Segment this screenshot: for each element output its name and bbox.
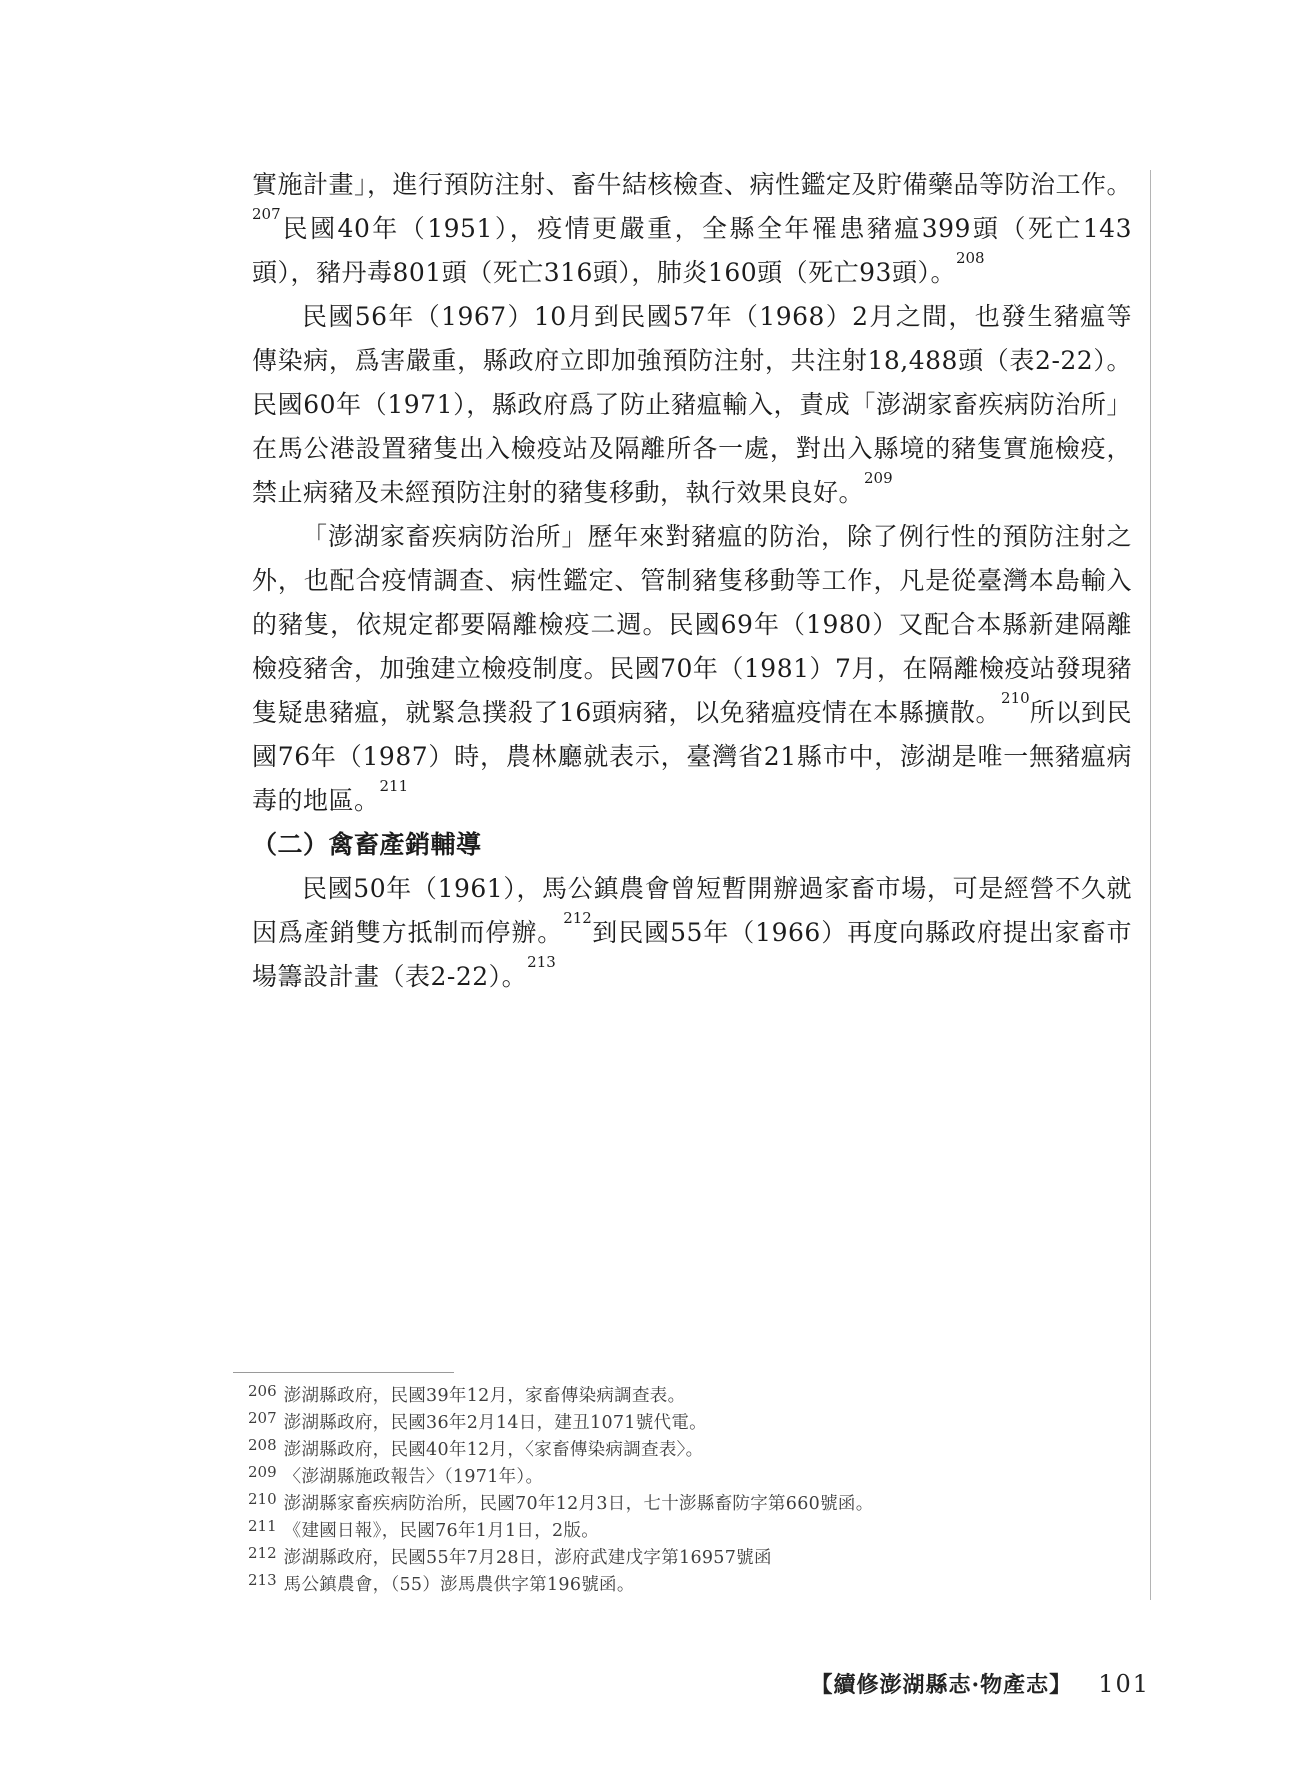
footnote-number: 211 [248,1513,277,1540]
footnote-reference: 213 [527,953,556,971]
footnote-number: 206 [248,1378,277,1405]
footnote-item: 210澎湖縣家畜疾病防治所，民國70年12月3日，七十澎縣畜防字第660號函。 [248,1491,1098,1518]
footnote-reference: 210 [1001,689,1030,707]
paragraph-text: 「澎湖家畜疾病防治所」歷年來對豬瘟的防治，除了例行性的預防注射之外，也配合疫情調… [252,522,1132,727]
footnote-text: 澎湖縣政府，民國36年2月14日，建丑1071號代電。 [284,1413,707,1433]
footnote-text: 馬公鎮農會，（55）澎馬農供字第196號函。 [284,1575,635,1595]
section-heading: （二）禽畜產銷輔導 [252,823,1132,867]
footnote-text: 澎湖縣政府，民國39年12月，家畜傳染病調查表。 [284,1386,686,1406]
page-edge-rule [1150,170,1151,1600]
paragraph: 「澎湖家畜疾病防治所」歷年來對豬瘟的防治，除了例行性的預防注射之外，也配合疫情調… [252,515,1132,823]
book-title: 【續修澎湖縣志·物產志】 [811,1672,1073,1698]
footnote-number: 207 [248,1405,277,1432]
footnote-text: 〈澎湖縣施政報告〉（1971年）。 [284,1467,544,1487]
footnote-reference: 208 [956,249,985,267]
paragraph: 實施計畫」，進行預防注射、畜牛結核檢查、病性鑑定及貯備藥品等防治工作。207民國… [252,163,1132,295]
footnote-number: 210 [248,1486,277,1513]
footnote-number: 212 [248,1540,277,1567]
footnote-number: 213 [248,1567,277,1594]
footnote-item: 209〈澎湖縣施政報告〉（1971年）。 [248,1464,1098,1491]
footnote-list: 206澎湖縣政府，民國39年12月，家畜傳染病調查表。207澎湖縣政府，民國36… [248,1383,1098,1599]
paragraph: 民國56年（1967）10月到民國57年（1968）2月之間，也發生豬瘟等傳染病… [252,295,1132,515]
footnote-text: 澎湖縣家畜疾病防治所，民國70年12月3日，七十澎縣畜防字第660號函。 [284,1494,874,1514]
page-footer: 【續修澎湖縣志·物產志】101 [0,1668,1150,1699]
footnote-item: 212澎湖縣政府，民國55年7月28日，澎府武建戊字第16957號函 [248,1545,1098,1572]
footnote-item: 206澎湖縣政府，民國39年12月，家畜傳染病調查表。 [248,1383,1098,1410]
footnote-number: 209 [248,1459,277,1486]
document-page: 實施計畫」，進行預防注射、畜牛結核檢查、病性鑑定及貯備藥品等防治工作。207民國… [0,0,1300,1779]
paragraph-text: 民國56年（1967）10月到民國57年（1968）2月之間，也發生豬瘟等傳染病… [252,302,1132,507]
page-number: 101 [1098,1670,1150,1698]
footnote-item: 213馬公鎮農會，（55）澎馬農供字第196號函。 [248,1572,1098,1599]
footnote-number: 208 [248,1432,277,1459]
footnote-reference: 207 [252,205,281,223]
paragraph-text: 民國40年（1951），疫情更嚴重，全縣全年罹患豬瘟399頭（死亡143頭），豬… [252,214,1132,287]
paragraph: 民國50年（1961），馬公鎮農會曾短暫開辦過家畜市場，可是經營不久就因爲產銷雙… [252,867,1132,999]
footnote-divider [233,1372,454,1373]
footnote-item: 208澎湖縣政府，民國40年12月，〈家畜傳染病調查表〉。 [248,1437,1098,1464]
footnote-item: 211《建國日報》，民國76年1月1日，2版。 [248,1518,1098,1545]
footnote-reference: 212 [563,909,592,927]
body-text: 實施計畫」，進行預防注射、畜牛結核檢查、病性鑑定及貯備藥品等防治工作。207民國… [252,163,1132,999]
footnote-reference: 209 [864,469,893,487]
footnote-item: 207澎湖縣政府，民國36年2月14日，建丑1071號代電。 [248,1410,1098,1437]
footnote-reference: 211 [380,777,409,795]
footnote-text: 《建國日報》，民國76年1月1日，2版。 [284,1521,599,1541]
footnote-text: 澎湖縣政府，民國40年12月，〈家畜傳染病調查表〉。 [284,1440,704,1460]
footnote-text: 澎湖縣政府，民國55年7月28日，澎府武建戊字第16957號函 [284,1548,772,1568]
paragraph-text: 實施計畫」，進行預防注射、畜牛結核檢查、病性鑑定及貯備藥品等防治工作。 [252,170,1132,199]
